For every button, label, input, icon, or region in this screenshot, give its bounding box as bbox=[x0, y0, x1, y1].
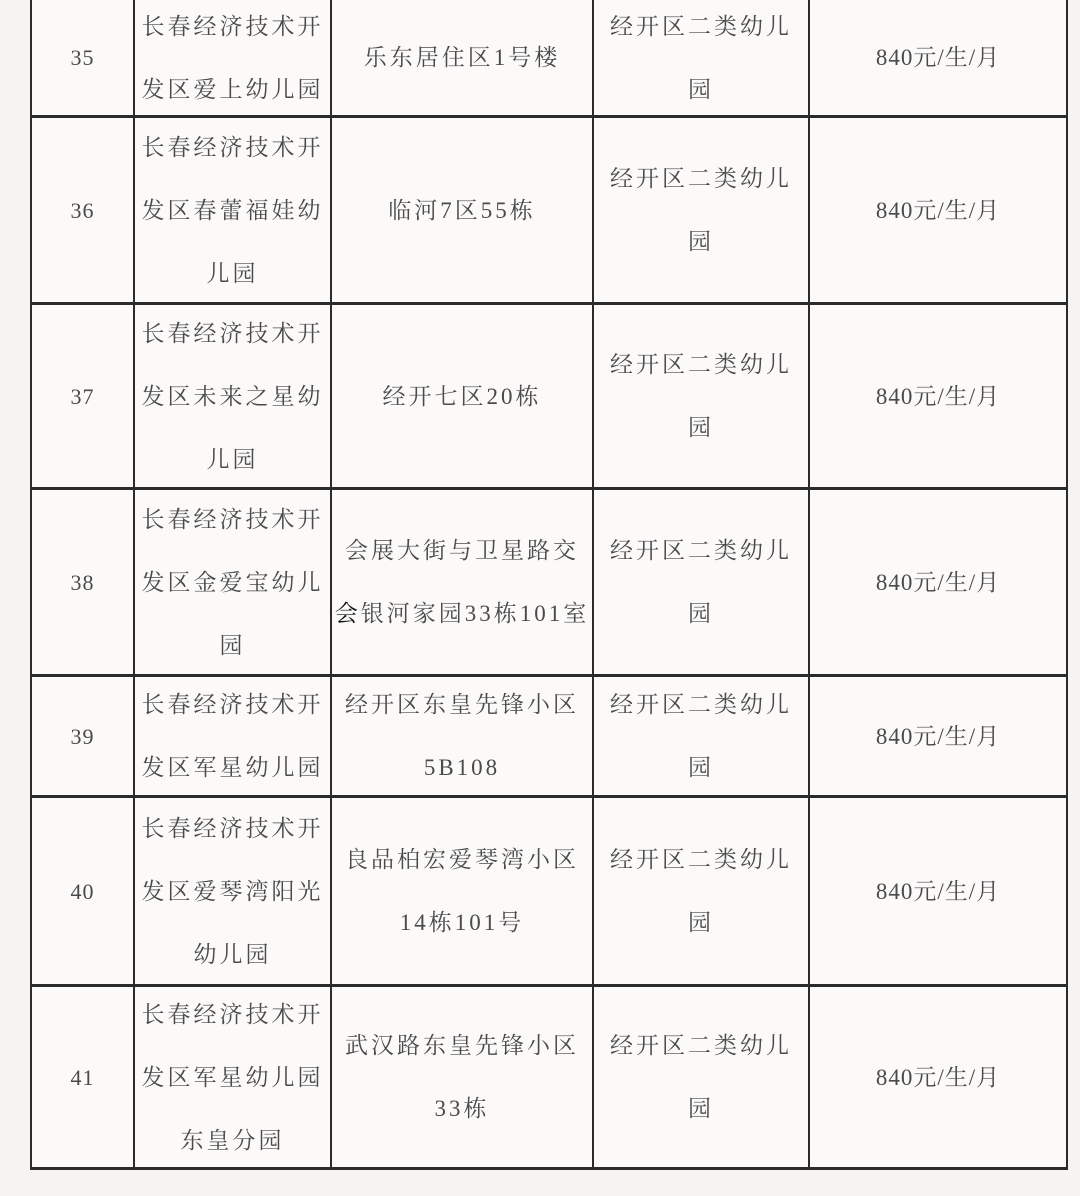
cell-text-line: 36 bbox=[71, 179, 95, 242]
cell-text-line: 长春经济技术开 bbox=[142, 798, 324, 860]
name-cell: 长春经济技术开发区未来之星幼儿园 bbox=[135, 305, 332, 490]
cell-text-line: 经开区东皇先锋小区 bbox=[345, 677, 579, 736]
cell-text-line: 14栋101号 bbox=[400, 891, 525, 954]
cell-text-line: 会银河家园33栋101室 bbox=[335, 582, 590, 645]
cell-text-line: 长春经济技术开 bbox=[142, 305, 324, 365]
row-number-cell: 38 bbox=[32, 490, 135, 677]
cell-text-line: 幼儿园 bbox=[194, 923, 272, 986]
name-cell: 长春经济技术开发区爱上幼儿园 bbox=[135, 0, 332, 118]
cell-text-line: 35 bbox=[71, 26, 95, 89]
category-cell: 经开区二类幼儿园 bbox=[594, 305, 810, 490]
address-cell: 会展大街与卫星路交会银河家园33栋101室 bbox=[332, 490, 594, 677]
address-cell: 经开区东皇先锋小区5B108 bbox=[332, 677, 594, 798]
row-number-cell: 36 bbox=[32, 118, 135, 305]
cell-text-line: 840元/生/月 bbox=[876, 26, 1000, 89]
cell-text-line: 儿园 bbox=[207, 428, 259, 491]
cell-text-line: 经开区二类幼儿 bbox=[610, 333, 792, 396]
fee-table: 35长春经济技术开发区爱上幼儿园乐东居住区1号楼经开区二类幼儿园840元/生/月… bbox=[30, 0, 1068, 1170]
category-cell: 经开区二类幼儿园 bbox=[594, 987, 810, 1170]
fee-cell: 840元/生/月 bbox=[810, 305, 1068, 490]
name-cell: 长春经济技术开发区爱琴湾阳光幼儿园 bbox=[135, 798, 332, 987]
cell-text-line: 园 bbox=[688, 396, 714, 459]
row-number-cell: 40 bbox=[32, 798, 135, 987]
cell-text-line: 38 bbox=[71, 551, 95, 614]
cell-text-line: 840元/生/月 bbox=[876, 179, 1000, 242]
cell-text-line: 840元/生/月 bbox=[876, 705, 1000, 768]
category-cell: 经开区二类幼儿园 bbox=[594, 118, 810, 305]
fee-cell: 840元/生/月 bbox=[810, 0, 1068, 118]
cell-text-line: 经开区二类幼儿 bbox=[610, 0, 792, 58]
cell-text-line: 41 bbox=[71, 1046, 95, 1109]
cell-text-line: 园 bbox=[688, 210, 714, 273]
cell-text-line: 乐东居住区1号楼 bbox=[364, 26, 561, 89]
cell-text-line: 经开区二类幼儿 bbox=[610, 677, 792, 736]
cell-text-line: 经开七区20栋 bbox=[383, 365, 542, 428]
address-cell: 良品柏宏爱琴湾小区14栋101号 bbox=[332, 798, 594, 987]
fee-cell: 840元/生/月 bbox=[810, 987, 1068, 1170]
cell-text-line: 发区金爱宝幼儿 bbox=[142, 551, 324, 614]
cell-text-line: 长春经济技术开 bbox=[142, 677, 324, 736]
cell-text-line: 840元/生/月 bbox=[876, 860, 1000, 923]
cell-text-line: 园 bbox=[688, 58, 714, 119]
fee-cell: 840元/生/月 bbox=[810, 118, 1068, 305]
cell-text-line: 840元/生/月 bbox=[876, 551, 1000, 614]
cell-text-line: 园 bbox=[688, 736, 714, 798]
fee-cell: 840元/生/月 bbox=[810, 798, 1068, 987]
cell-text-line: 园 bbox=[688, 891, 714, 954]
cell-text-line: 经开区二类幼儿 bbox=[610, 519, 792, 582]
cell-text-line: 经开区二类幼儿 bbox=[610, 147, 792, 210]
cell-text-line: 儿园 bbox=[207, 242, 259, 305]
name-cell: 长春经济技术开发区金爱宝幼儿园 bbox=[135, 490, 332, 677]
cell-text-line: 37 bbox=[71, 365, 95, 428]
cell-text-line: 长春经济技术开 bbox=[142, 987, 324, 1046]
cell-text-line: 发区爱上幼儿园 bbox=[142, 58, 324, 119]
row-number-cell: 41 bbox=[32, 987, 135, 1170]
cell-text-line: 长春经济技术开 bbox=[142, 118, 324, 179]
kindergarten-fee-table-wrap: 35长春经济技术开发区爱上幼儿园乐东居住区1号楼经开区二类幼儿园840元/生/月… bbox=[30, 0, 1068, 1170]
category-cell: 经开区二类幼儿园 bbox=[594, 798, 810, 987]
fee-cell: 840元/生/月 bbox=[810, 677, 1068, 798]
row-number-cell: 37 bbox=[32, 305, 135, 490]
category-cell: 经开区二类幼儿园 bbox=[594, 677, 810, 798]
cell-text-line: 良品柏宏爱琴湾小区 bbox=[345, 828, 579, 891]
cell-text-line: 临河7区55栋 bbox=[388, 179, 536, 242]
cell-text-line: 园 bbox=[688, 1077, 714, 1140]
cell-text-line: 长春经济技术开 bbox=[142, 490, 324, 551]
row-number-cell: 35 bbox=[32, 0, 135, 118]
cell-text: 银河家园33栋101室 bbox=[361, 601, 590, 626]
cell-text-line: 长春经济技术开 bbox=[142, 0, 324, 58]
cell-text-line: 会展大街与卫星路交 bbox=[345, 519, 579, 582]
cell-text-line: 5B108 bbox=[424, 736, 500, 798]
name-cell: 长春经济技术开发区军星幼儿园 bbox=[135, 677, 332, 798]
cell-text-line: 发区未来之星幼 bbox=[142, 365, 324, 428]
cell-text-line: 经开区二类幼儿 bbox=[610, 1014, 792, 1077]
address-cell: 临河7区55栋 bbox=[332, 118, 594, 305]
name-cell: 长春经济技术开发区军星幼儿园东皇分园 bbox=[135, 987, 332, 1170]
address-cell: 经开七区20栋 bbox=[332, 305, 594, 490]
cell-text-line: 武汉路东皇先锋小区 bbox=[345, 1014, 579, 1077]
cell-text-line: 发区军星幼儿园 bbox=[142, 1046, 324, 1109]
cell-text-line: 园 bbox=[220, 614, 246, 677]
cell-text-line: 40 bbox=[71, 860, 95, 923]
fee-cell: 840元/生/月 bbox=[810, 490, 1068, 677]
address-cell: 乐东居住区1号楼 bbox=[332, 0, 594, 118]
dark-character: 会 bbox=[335, 601, 361, 626]
cell-text-line: 发区爱琴湾阳光 bbox=[142, 860, 324, 923]
category-cell: 经开区二类幼儿园 bbox=[594, 490, 810, 677]
address-cell: 武汉路东皇先锋小区33栋 bbox=[332, 987, 594, 1170]
name-cell: 长春经济技术开发区春蕾福娃幼儿园 bbox=[135, 118, 332, 305]
cell-text-line: 发区春蕾福娃幼 bbox=[142, 179, 324, 242]
cell-text-line: 33栋 bbox=[435, 1077, 490, 1140]
cell-text-line: 经开区二类幼儿 bbox=[610, 828, 792, 891]
cell-text-line: 39 bbox=[71, 705, 95, 768]
row-number-cell: 39 bbox=[32, 677, 135, 798]
cell-text-line: 东皇分园 bbox=[181, 1109, 285, 1171]
category-cell: 经开区二类幼儿园 bbox=[594, 0, 810, 118]
cell-text-line: 园 bbox=[688, 582, 714, 645]
cell-text-line: 840元/生/月 bbox=[876, 365, 1000, 428]
cell-text-line: 发区军星幼儿园 bbox=[142, 736, 324, 798]
cell-text-line: 840元/生/月 bbox=[876, 1046, 1000, 1109]
